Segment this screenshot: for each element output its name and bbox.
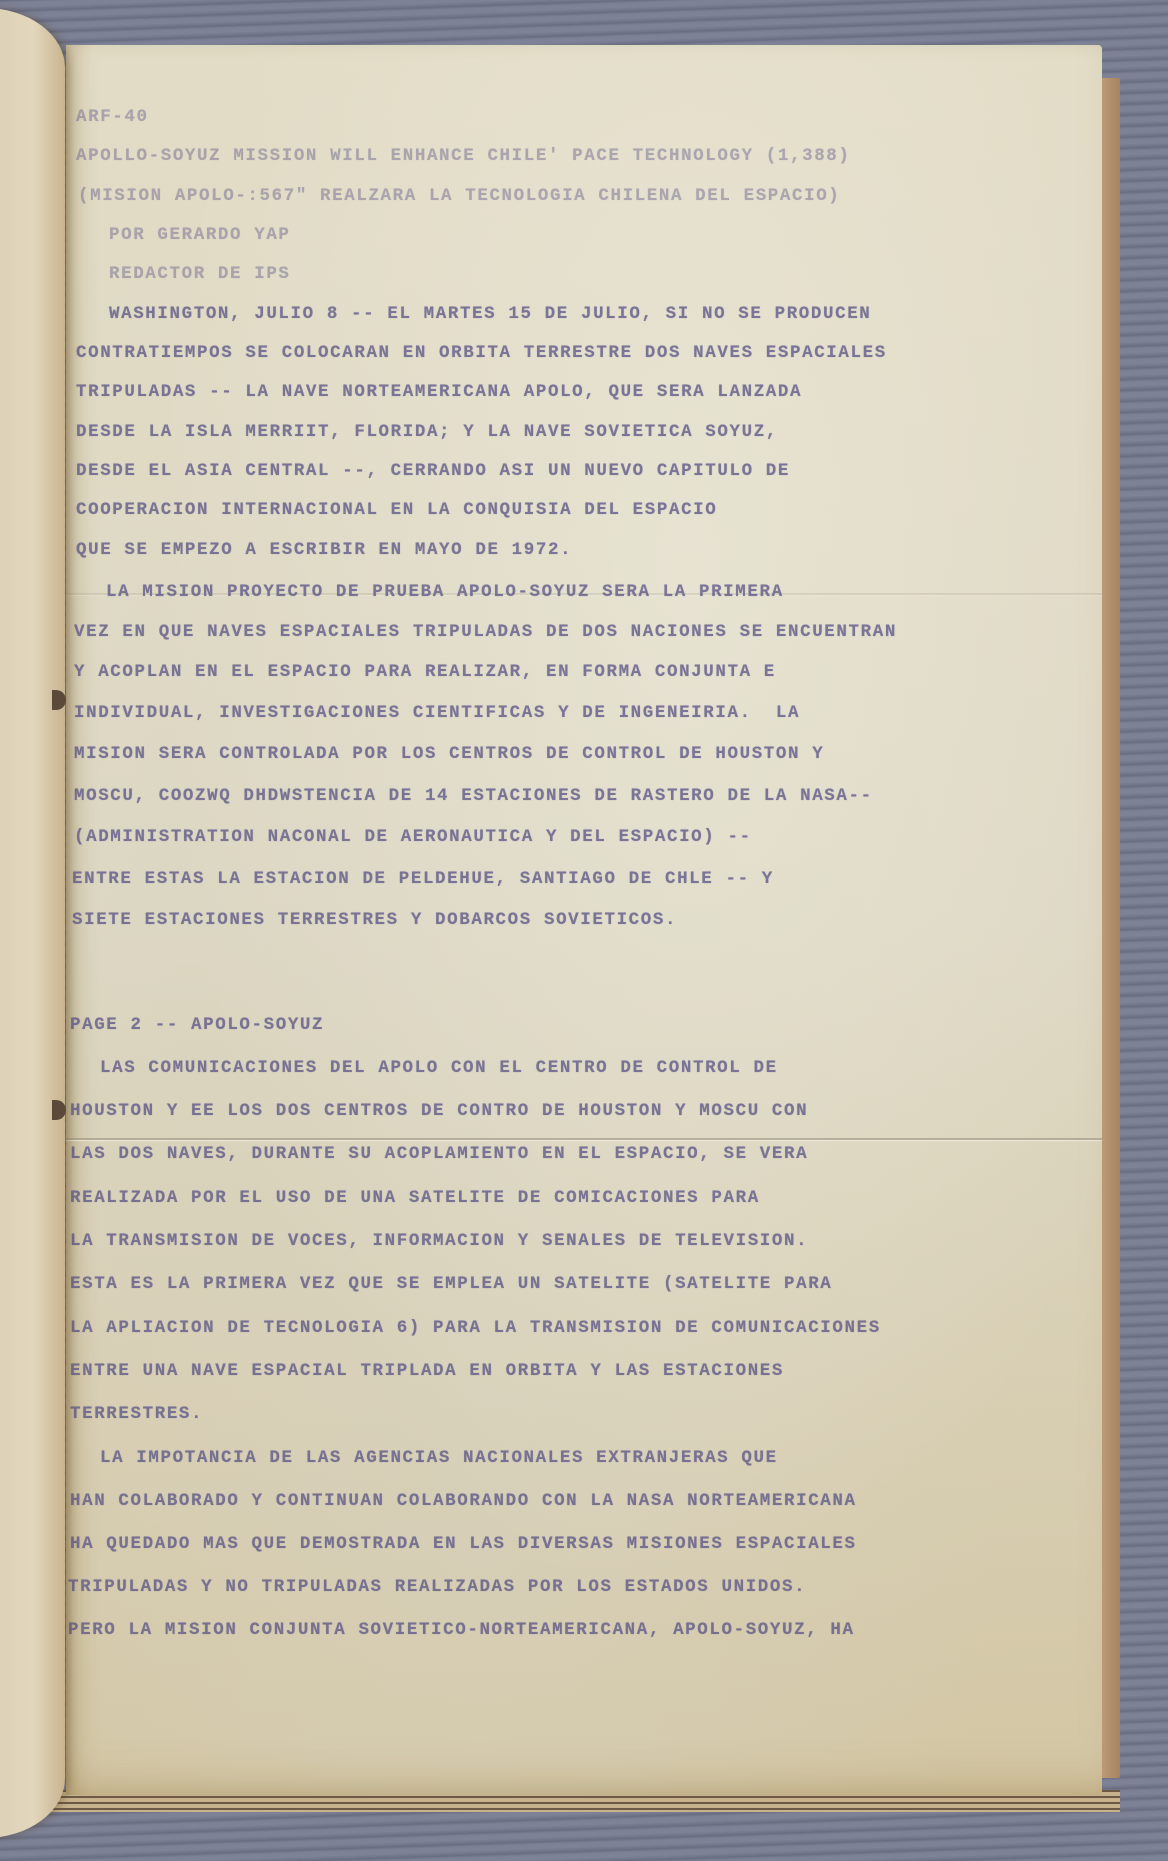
body-line: TRIPULADAS Y NO TRIPULADAS REALIZADAS PO… (68, 1577, 806, 1597)
body-line: PERO LA MISION CONJUNTA SOVIETICO-NORTEA… (68, 1620, 855, 1640)
body-line: ENTRE UNA NAVE ESPACIAL TRIPLADA EN ORBI… (70, 1361, 784, 1381)
headline-spanish: (MISION APOLO-:567" REALZARA LA TECNOLOG… (78, 186, 840, 206)
body-line: LAS COMUNICACIONES DEL APOLO CON EL CENT… (100, 1058, 778, 1078)
slug: ARF-40 (76, 107, 149, 127)
typewritten-page: ARF-40 APOLLO-SOYUZ MISSION WILL ENHANCE… (66, 45, 1102, 1795)
headline-english: APOLLO-SOYUZ MISSION WILL ENHANCE CHILE'… (76, 146, 851, 166)
body-line: HAN COLABORADO Y CONTINUAN COLABORANDO C… (70, 1491, 857, 1511)
body-line: (ADMINISTRATION NACONAL DE AERONAUTICA Y… (74, 827, 752, 847)
body-line: ENTRE ESTAS LA ESTACION DE PELDEHUE, SAN… (72, 869, 774, 889)
body-line: DESDE EL ASIA CENTRAL --, CERRANDO ASI U… (76, 461, 790, 481)
byline: POR GERARDO YAP (109, 225, 291, 245)
body-line: COOPERACION INTERNACIONAL EN LA CONQUISI… (76, 500, 717, 520)
body-line: LA IMPOTANCIA DE LAS AGENCIAS NACIONALES… (100, 1448, 778, 1468)
body-line: SIETE ESTACIONES TERRESTRES Y DOBARCOS S… (72, 910, 677, 930)
body-line: INDIVIDUAL, INVESTIGACIONES CIENTIFICAS … (74, 703, 800, 723)
page2-header: PAGE 2 -- APOLO-SOYUZ (70, 1015, 324, 1035)
body-line: LA MISION PROYECTO DE PRUEBA APOLO-SOYUZ… (106, 582, 784, 602)
body-line: LA TRANSMISION DE VOCES, INFORMACION Y S… (70, 1231, 808, 1251)
body-line: TERRESTRES. (70, 1404, 203, 1424)
body-line: MOSCU, COOZWQ DHDWSTENCIA DE 14 ESTACION… (74, 786, 873, 806)
body-line: CONTRATIEMPOS SE COLOCARAN EN ORBITA TER… (76, 343, 887, 363)
body-line: QUE SE EMPEZO A ESCRIBIR EN MAYO DE 1972… (76, 540, 572, 560)
body-line: LA APLIACION DE TECNOLOGIA 6) PARA LA TR… (70, 1318, 881, 1338)
body-line: WASHINGTON, JULIO 8 -- EL MARTES 15 DE J… (109, 304, 871, 324)
body-line: REALIZADA POR EL USO DE UNA SATELITE DE … (70, 1188, 760, 1208)
body-line: DESDE LA ISLA MERRIIT, FLORIDA; Y LA NAV… (76, 422, 778, 442)
body-line: TRIPULADAS -- LA NAVE NORTEAMERICANA APO… (76, 382, 802, 402)
body-line: HOUSTON Y EE LOS DOS CENTROS DE CONTRO D… (70, 1101, 808, 1121)
body-line: MISION SERA CONTROLADA POR LOS CENTROS D… (74, 744, 824, 764)
typed-text: ARF-40 APOLLO-SOYUZ MISSION WILL ENHANCE… (66, 45, 1102, 1795)
facing-page-edge (0, 8, 65, 1838)
body-line: ESTA ES LA PRIMERA VEZ QUE SE EMPLEA UN … (70, 1274, 832, 1294)
byline-title: REDACTOR DE IPS (109, 264, 291, 284)
body-line: VEZ EN QUE NAVES ESPACIALES TRIPULADAS D… (74, 622, 897, 642)
body-line: LAS DOS NAVES, DURANTE SU ACOPLAMIENTO E… (70, 1144, 808, 1164)
body-line: Y ACOPLAN EN EL ESPACIO PARA REALIZAR, E… (74, 662, 776, 682)
body-line: HA QUEDADO MAS QUE DEMOSTRADA EN LAS DIV… (70, 1534, 857, 1554)
